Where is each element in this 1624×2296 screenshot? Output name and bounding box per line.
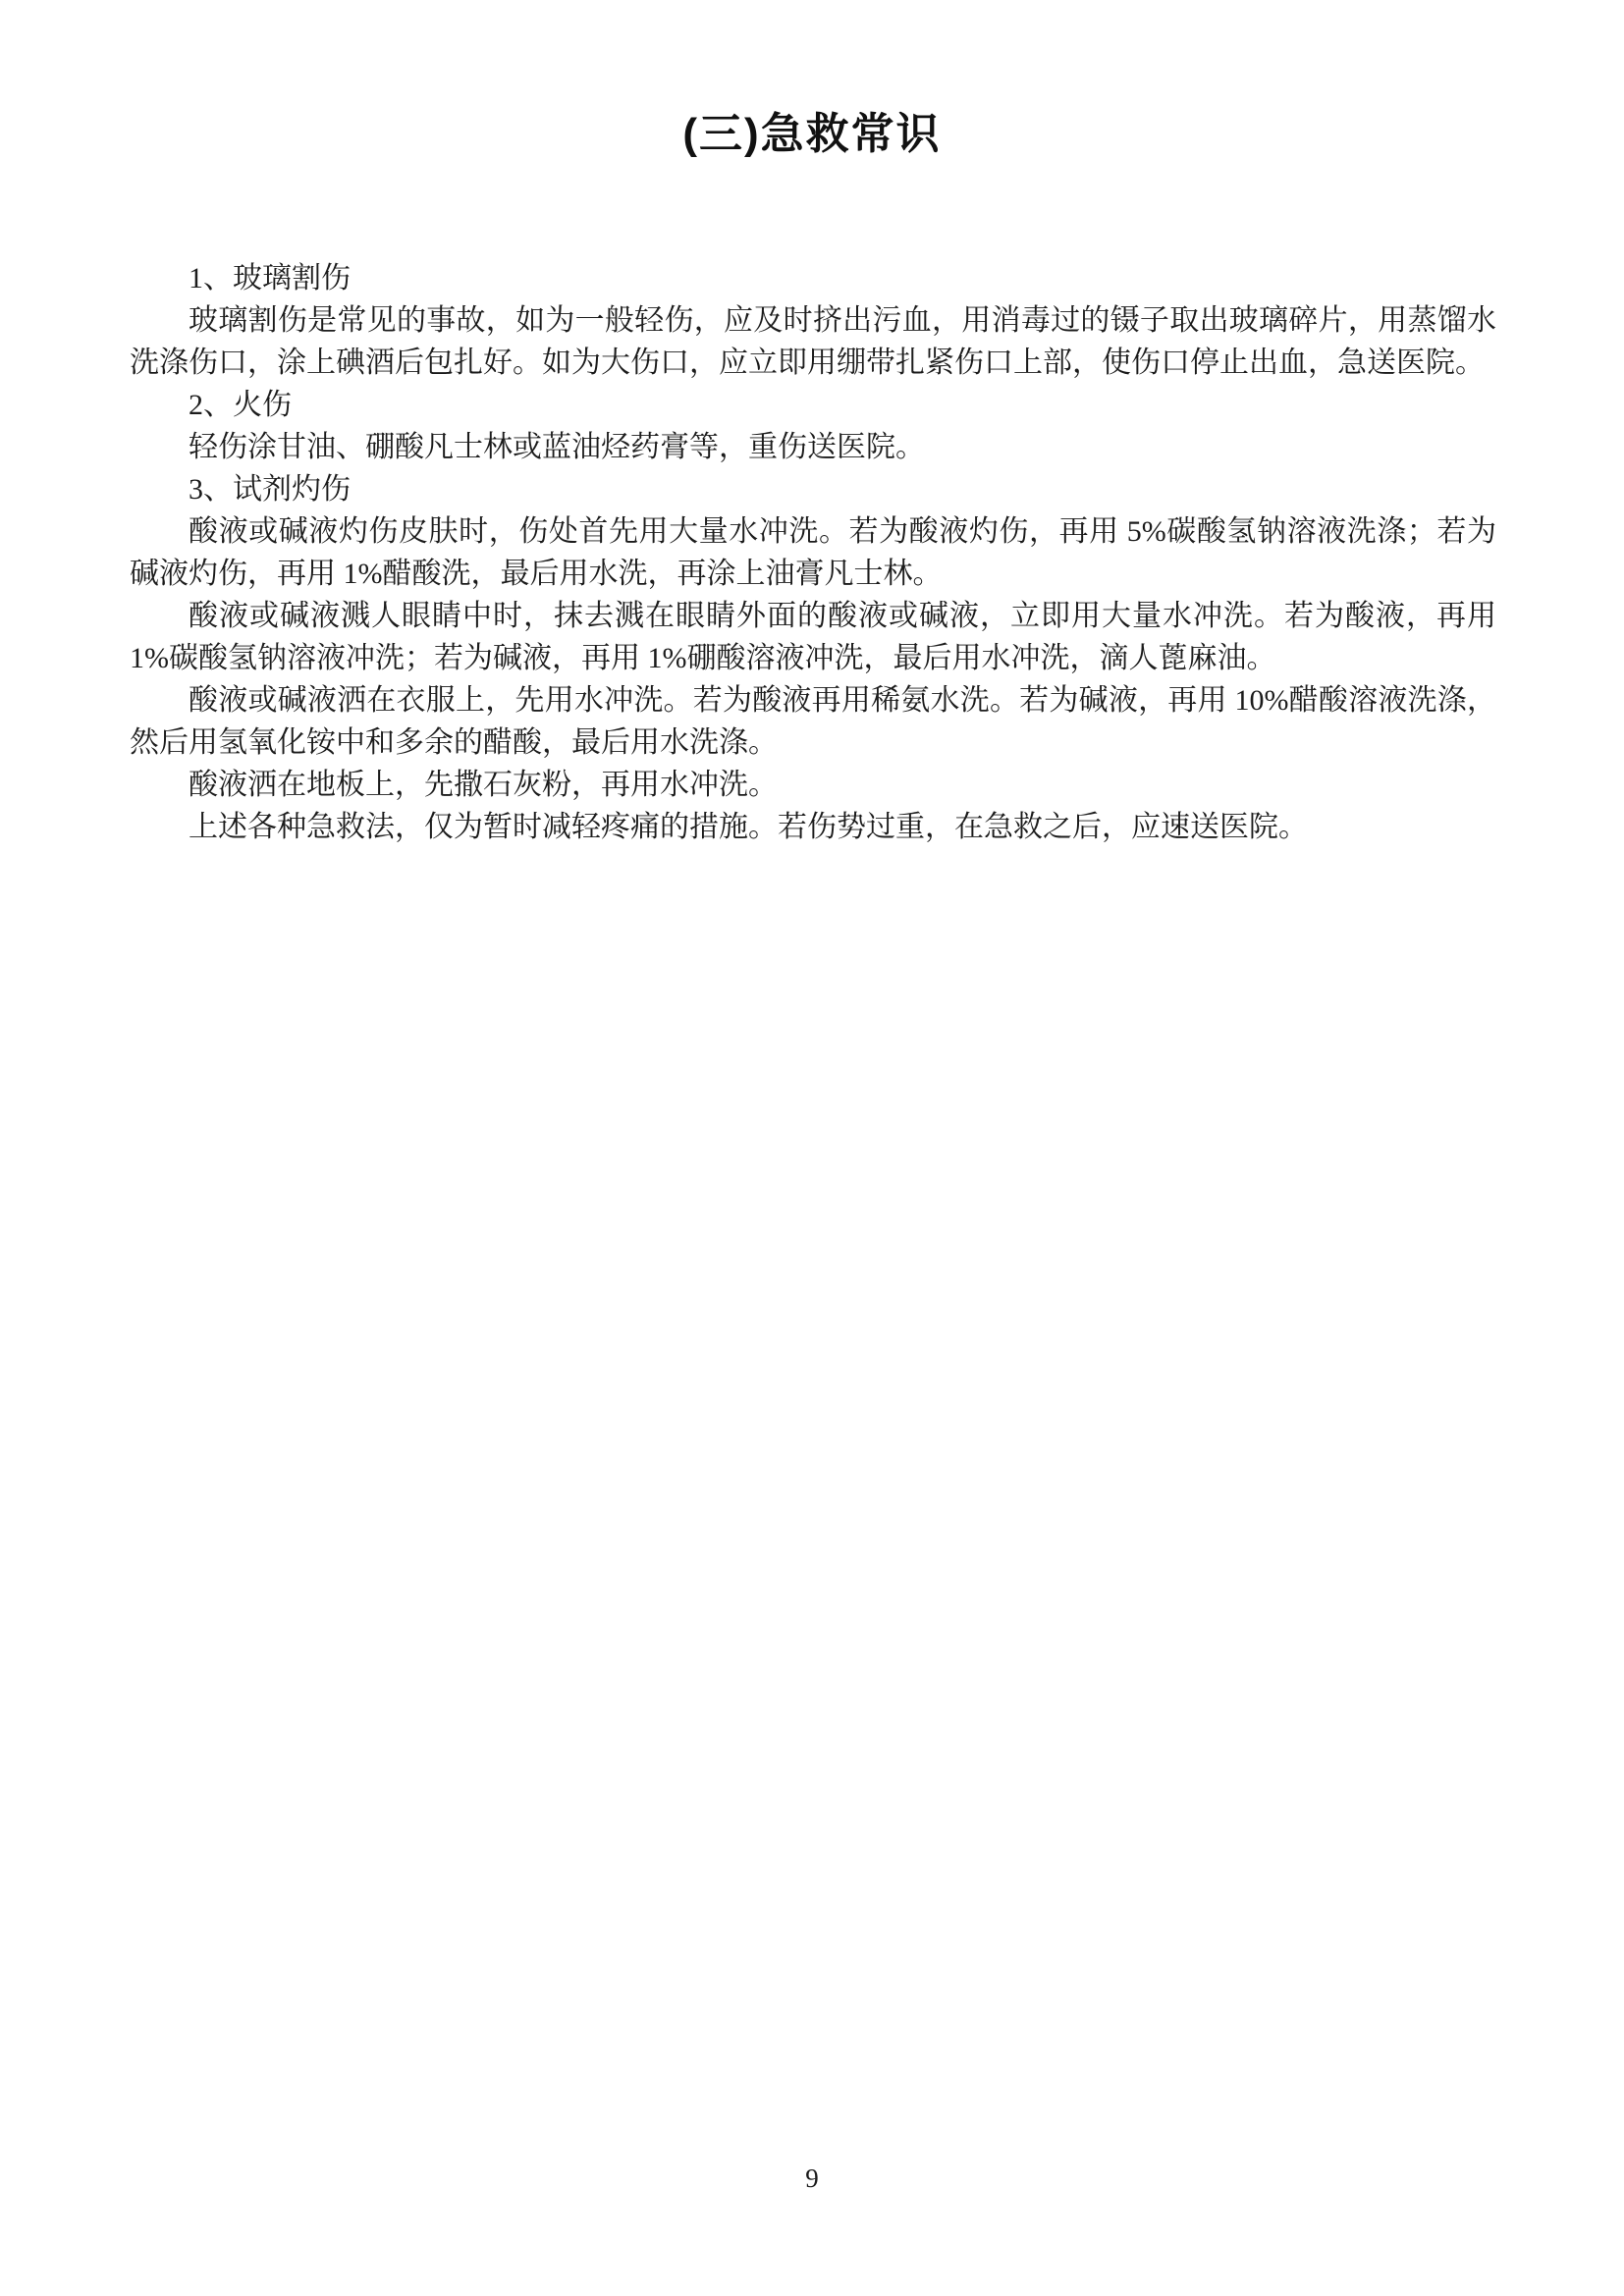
paragraph: 1、玻璃割伤 <box>130 257 1496 299</box>
paragraph: 玻璃割伤是常见的事故，如为一般轻伤，应及时挤出污血，用消毒过的镊子取出玻璃碎片，… <box>130 299 1496 384</box>
paragraph: 2、火伤 <box>130 384 1496 426</box>
page-number: 9 <box>0 2163 1624 2194</box>
page-title: (三)急救常识 <box>0 98 1624 161</box>
document-page: (三)急救常识 1、玻璃割伤玻璃割伤是常见的事故，如为一般轻伤，应及时挤出污血，… <box>0 0 1624 2296</box>
paragraph: 轻伤涂甘油、硼酸凡士林或蓝油烃药膏等，重伤送医院。 <box>130 426 1496 468</box>
paragraph: 3、试剂灼伤 <box>130 468 1496 510</box>
paragraph: 酸液或碱液溅人眼睛中时，抹去溅在眼睛外面的酸液或碱液，立即用大量水冲洗。若为酸液… <box>130 595 1496 679</box>
paragraph: 酸液或碱液洒在衣服上，先用水冲洗。若为酸液再用稀氨水洗。若为碱液，再用 10%醋… <box>130 679 1496 764</box>
document-body: 1、玻璃割伤玻璃割伤是常见的事故，如为一般轻伤，应及时挤出污血，用消毒过的镊子取… <box>130 257 1496 848</box>
paragraph: 酸液洒在地板上，先撒石灰粉，再用水冲洗。 <box>130 764 1496 806</box>
paragraph: 上述各种急救法，仅为暂时减轻疼痛的措施。若伤势过重，在急救之后，应速送医院。 <box>130 806 1496 848</box>
paragraph: 酸液或碱液灼伤皮肤时，伤处首先用大量水冲洗。若为酸液灼伤，再用 5%碳酸氢钠溶液… <box>130 510 1496 595</box>
